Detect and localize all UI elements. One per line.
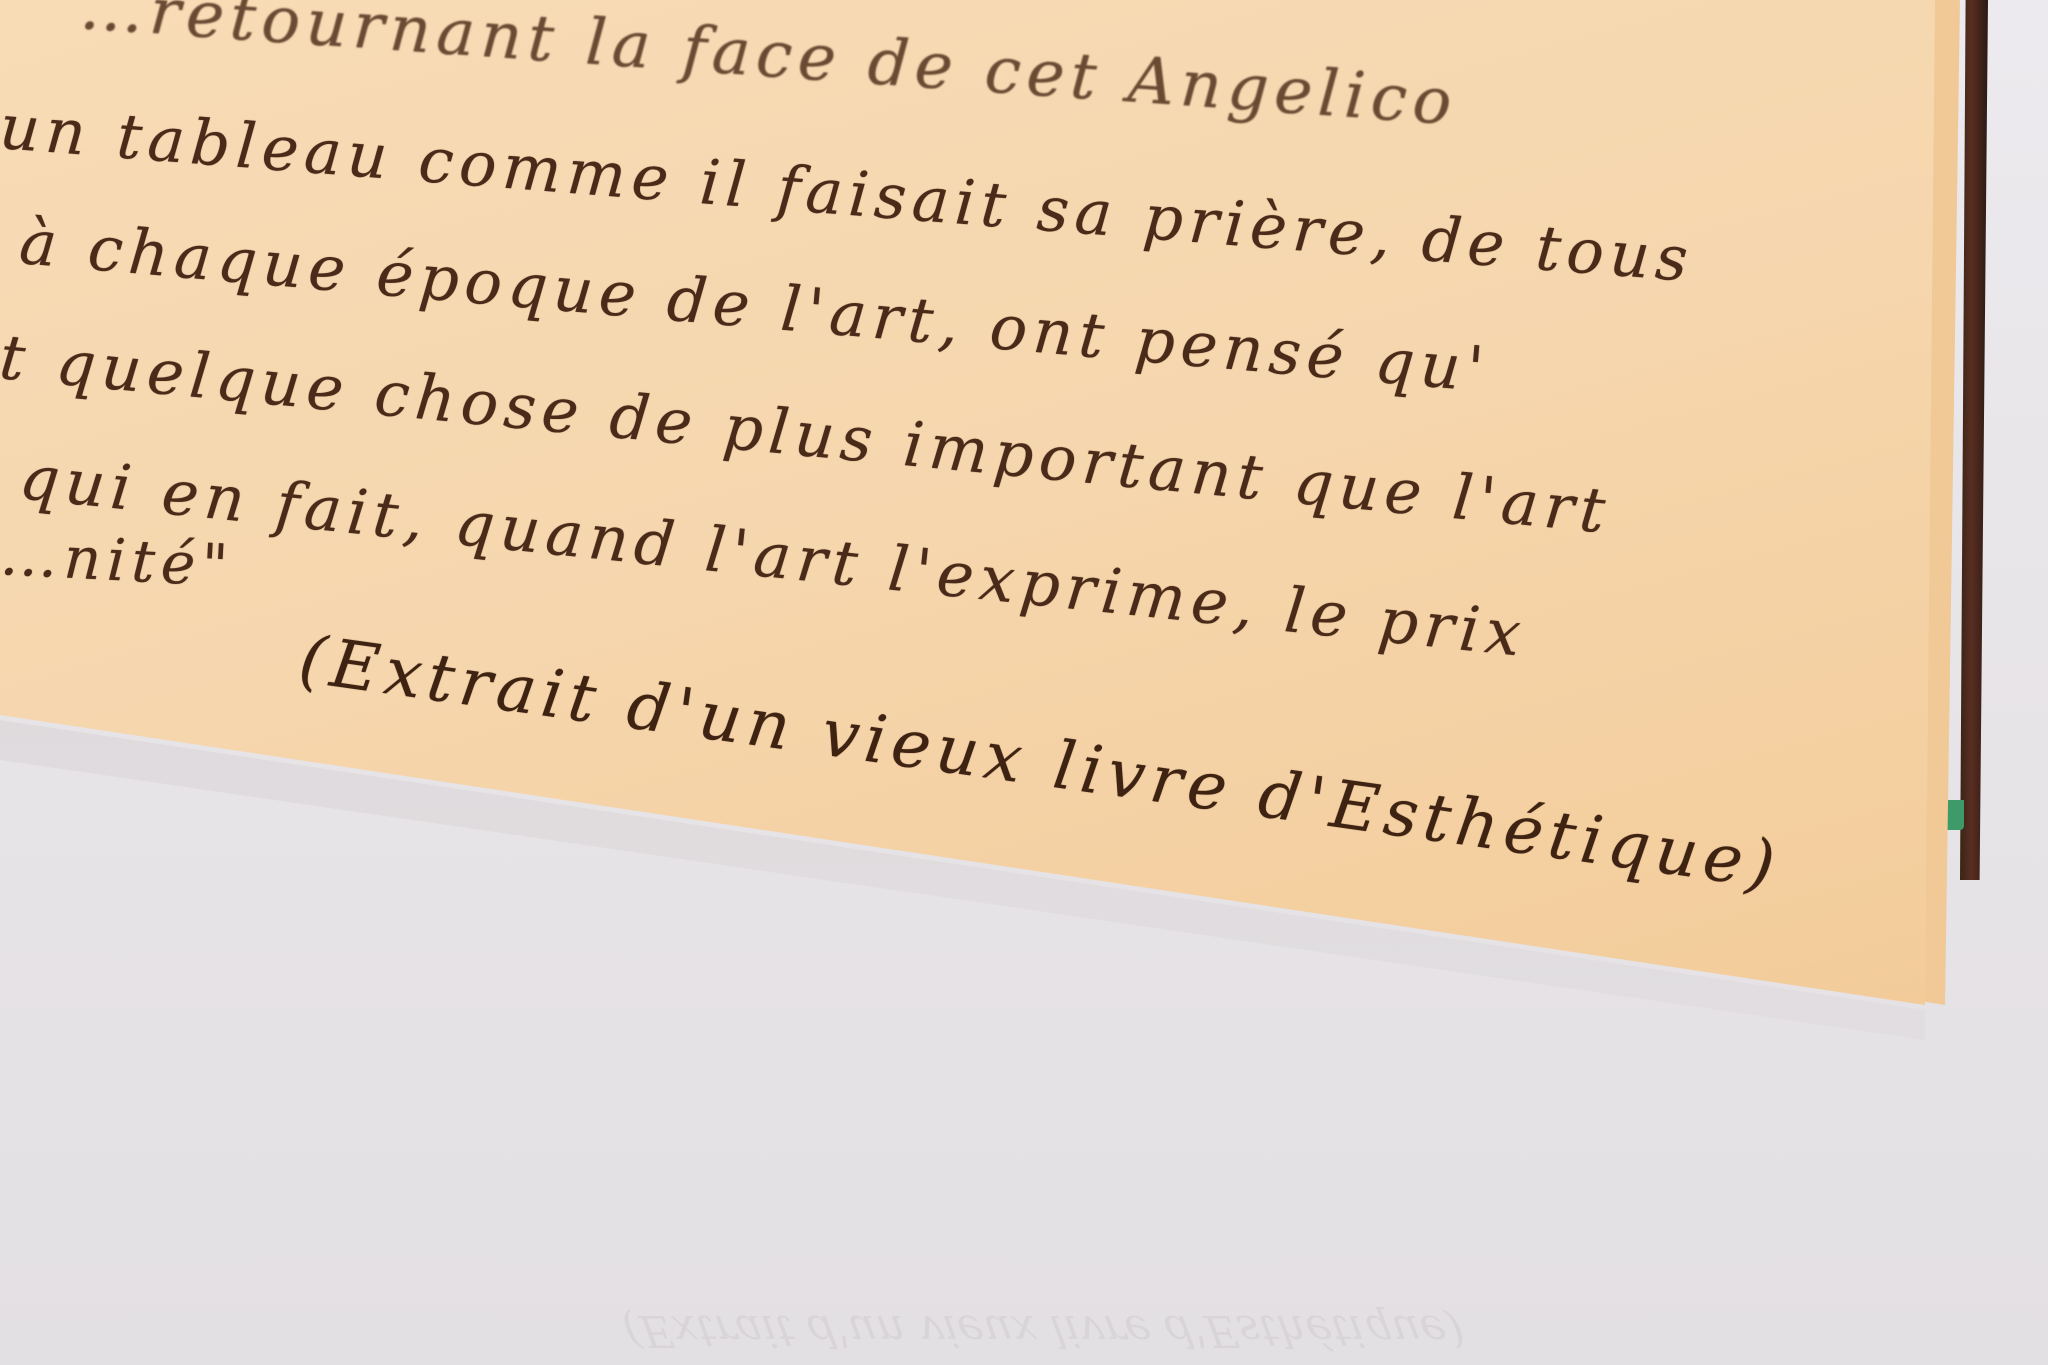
manuscript-photo: …retournant la face de cet Angelico un t…	[0, 0, 2048, 1365]
reflection-text: (Extrait d'un vieux livre d'Esthétique)	[617, 1295, 1929, 1365]
book-binding-edge	[1960, 0, 1988, 880]
surface-reflection: (Extrait d'un vieux livre d'Esthétique)	[570, 1030, 1929, 1365]
handwritten-line-6: …nité"	[0, 520, 236, 600]
citation-line: (Extrait d'un vieux livre d'Esthétique)	[295, 620, 1786, 904]
